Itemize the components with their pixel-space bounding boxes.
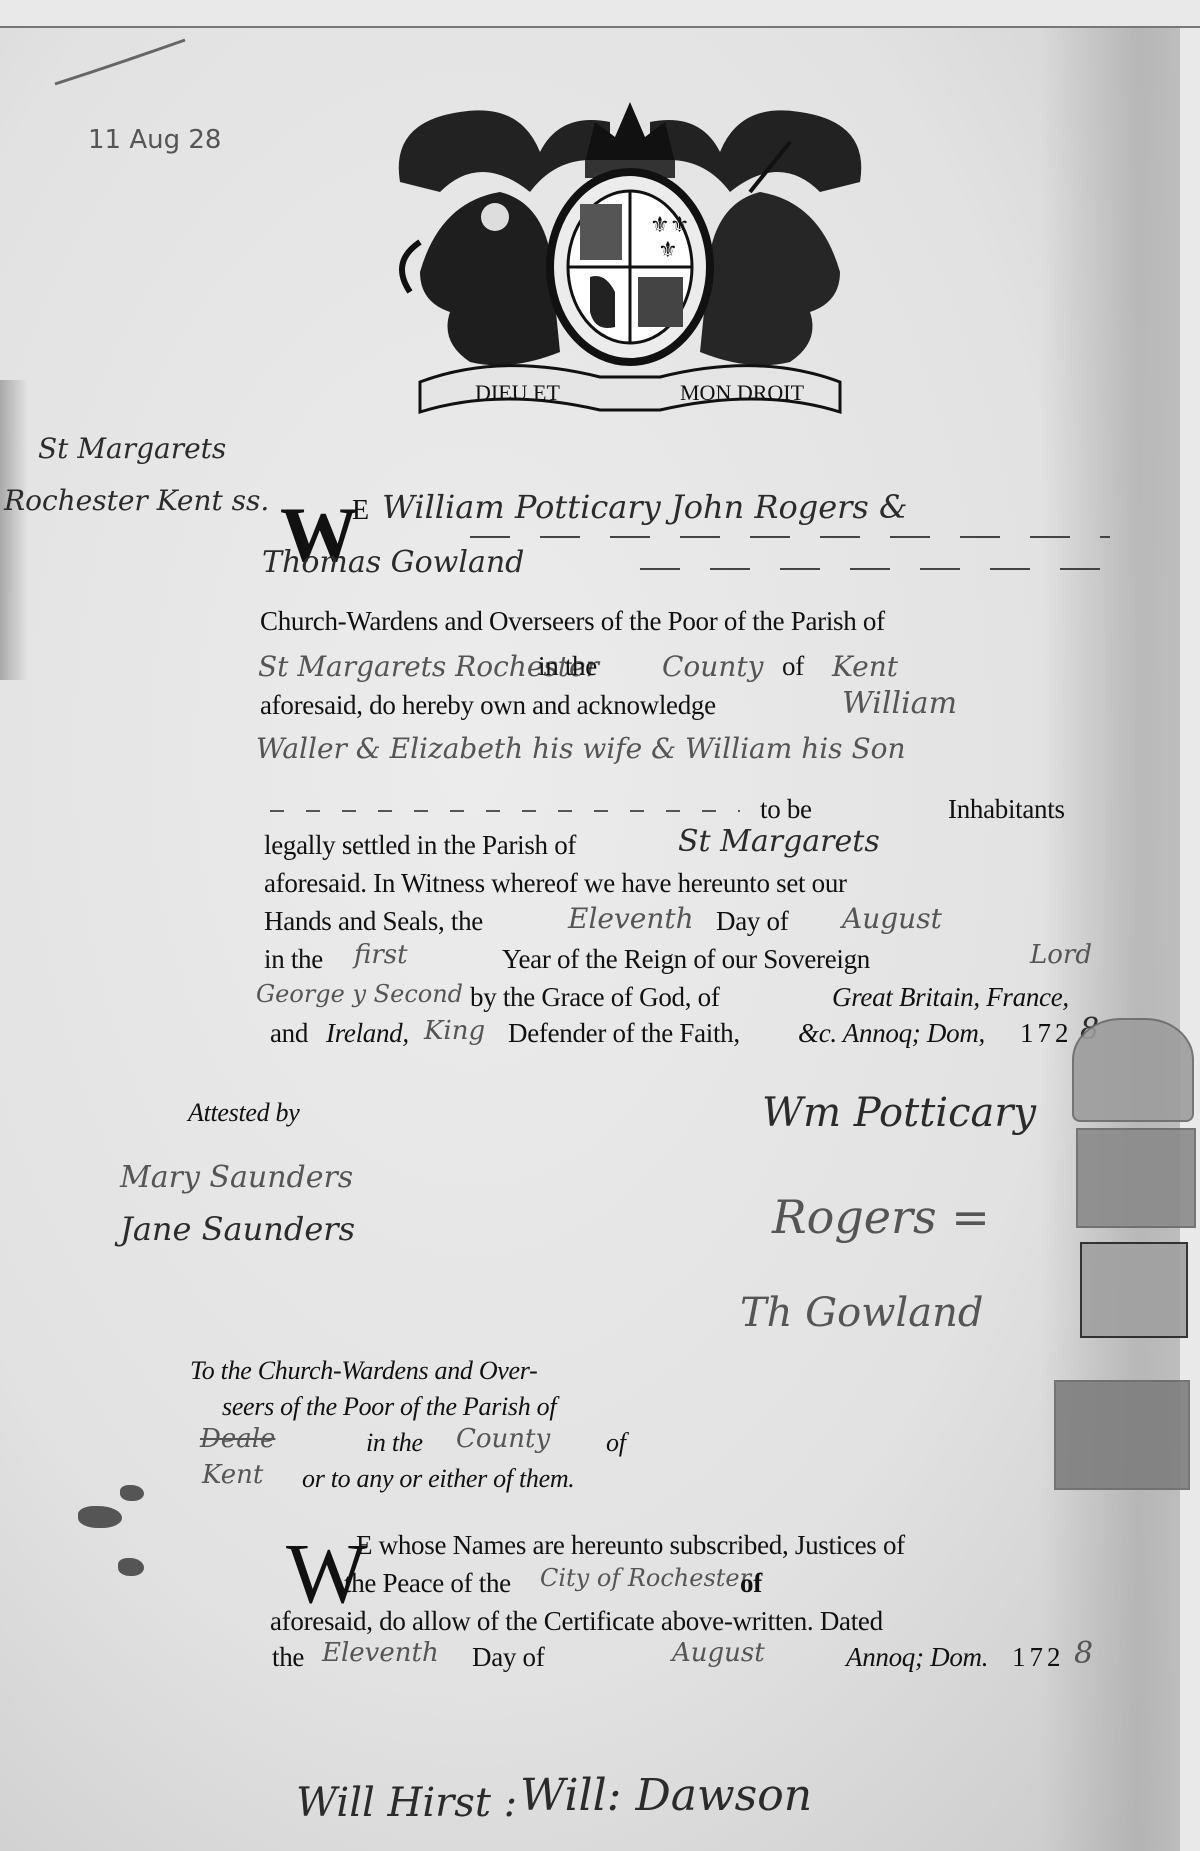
ink-blot [118, 1558, 144, 1576]
label-to-be: to be [760, 794, 812, 825]
king-word-handwritten: King [424, 1016, 485, 1046]
margin-note-line2: Rochester Kent ss. [4, 484, 269, 517]
fill-dashes [470, 536, 1110, 538]
county-name-handwritten: Kent [832, 650, 898, 683]
label-day-of: Day of [716, 906, 788, 937]
archive-note: 11 Aug 28 [88, 125, 221, 155]
address-in-the: in the [366, 1428, 423, 1458]
address-line4: or to any or either of them. [302, 1464, 575, 1494]
month-handwritten: August [842, 902, 942, 935]
sovereign-handwritten: Lord [1030, 940, 1092, 970]
ink-blot [78, 1506, 122, 1528]
day-handwritten: Eleventh [568, 902, 694, 935]
county-handwritten: County [662, 650, 763, 683]
paper-shadow-left [0, 380, 28, 680]
allowance-annoq: Annoq; Dom. [846, 1642, 988, 1673]
witness1-signature: Mary Saunders [120, 1160, 353, 1195]
wardens-names-line1: William Potticary John Rogers & [382, 488, 908, 526]
line-defender: Defender of the Faith, [508, 1018, 740, 1049]
attested-by-label: Attested by [188, 1098, 300, 1128]
seal-2 [1076, 1128, 1196, 1228]
year-printed: 172 [1020, 1018, 1073, 1049]
justice-signature-hirst: Will Hirst : [296, 1780, 517, 1826]
etc-italic: &c. Annoq; Dom, [798, 1018, 985, 1049]
label-of: of [782, 651, 804, 682]
address-parish-handwritten: Deale [200, 1424, 275, 1454]
certificate-opening: E [352, 495, 369, 527]
line-reign: Year of the Reign of our Sovereign [502, 944, 870, 975]
allowance-day-handwritten: Eleventh [322, 1638, 439, 1668]
svg-text:MON DROIT: MON DROIT [680, 380, 805, 405]
king-handwritten: George y Second [256, 980, 463, 1008]
address-of: of [606, 1428, 626, 1458]
seal-1 [1072, 1018, 1194, 1122]
fill-dashes [270, 810, 740, 812]
fill-dashes [640, 568, 1120, 570]
signature-gowland: Th Gowland [740, 1290, 983, 1336]
allowance-line1: E whose Names are hereunto subscribed, J… [356, 1530, 905, 1561]
settled-parish-handwritten: St Margarets [678, 824, 880, 859]
line-church-wardens: Church-Wardens and Overseers of the Poor… [260, 606, 885, 637]
svg-text:DIEU ET: DIEU ET [475, 380, 560, 405]
realm-italic: Great Britain, France, [832, 982, 1069, 1013]
ireland-italic: Ireland, [326, 1018, 409, 1049]
royal-coat-of-arms-icon: ⚜⚜ ⚜ DIEU ET MON DROIT [380, 92, 880, 422]
margin-note-line1: St Margarets [38, 432, 226, 465]
seal-3 [1080, 1242, 1188, 1338]
svg-text:⚜: ⚜ [658, 237, 678, 262]
label-inhabitants: Inhabitants [948, 794, 1065, 825]
seal-4 [1054, 1380, 1190, 1490]
label-and: and [270, 1018, 308, 1049]
line-hands-seals: Hands and Seals, the [264, 906, 483, 937]
address-line1: To the Church-Wardens and Over- [190, 1356, 537, 1386]
line-aforesaid: aforesaid, do hereby own and acknowledge [260, 690, 716, 721]
allowance-city-handwritten: City of Rochester [540, 1564, 751, 1592]
line-legally-settled: legally settled in the Parish of [264, 830, 576, 861]
persons-line1: William [842, 686, 957, 721]
pencil-stroke [50, 38, 200, 88]
signature-rogers: Rogers = [772, 1190, 990, 1244]
address-county-handwritten: County [456, 1424, 550, 1454]
signature-potticary: Wm Potticary [762, 1090, 1036, 1136]
label-in-the: in the [538, 651, 597, 682]
allowance-line3: aforesaid, do allow of the Certificate a… [270, 1606, 883, 1637]
label-in-the-2: in the [264, 944, 323, 975]
allowance-of: of [740, 1568, 762, 1599]
address-county-name-handwritten: Kent [202, 1460, 263, 1490]
justice-signature-dawson: Will: Dawson [520, 1770, 812, 1821]
address-line2: seers of the Poor of the Parish of [222, 1392, 556, 1422]
ink-blot [120, 1485, 144, 1501]
line-witness: aforesaid. In Witness whereof we have he… [264, 868, 847, 899]
allowance-the: the [272, 1642, 304, 1673]
allowance-month-handwritten: August [672, 1638, 765, 1668]
persons-line2: Waller & Elizabeth his wife & William hi… [256, 732, 906, 765]
allowance-day-of: Day of [472, 1642, 544, 1673]
year-handwritten: first [354, 940, 408, 970]
allowance-line2: the Peace of the [344, 1568, 511, 1599]
witness2-signature: Jane Saunders [120, 1210, 355, 1248]
line-grace: by the Grace of God, of [470, 982, 720, 1013]
wardens-names-line2: Thomas Gowland [262, 545, 524, 580]
allowance-year-last-digit: 8 [1074, 1636, 1093, 1671]
svg-text:⚜⚜: ⚜⚜ [650, 212, 689, 237]
allowance-year-printed: 172 [1012, 1642, 1065, 1673]
